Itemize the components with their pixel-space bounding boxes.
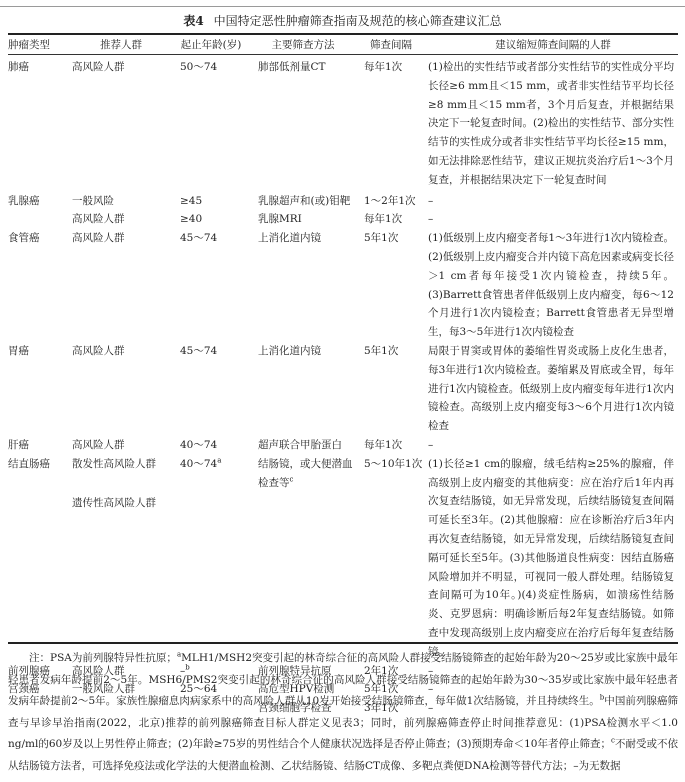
cell-population: 高风险人群 (72, 54, 170, 190)
cell-shorten: (1)低级别上皮内瘤变者每1～3年进行1次内镜检查。(2)低级别上皮内瘤变合并内… (428, 229, 678, 342)
table-row: 肝癌 高风险人群 40～74 超声联合甲胎蛋白 每年1次 – (8, 436, 678, 455)
cell-method: 上消化道内镜 (252, 342, 354, 436)
notes-paragraph: 注：PSA为前列腺特异性抗原；aMLH1/MSH2突变引起的林奇综合征的高风险人… (8, 648, 678, 777)
cell-cancer: 肝癌 (8, 436, 72, 455)
header-population: 推荐人群 (72, 36, 170, 54)
table-notes: 注：PSA为前列腺特异性抗原；aMLH1/MSH2突变引起的林奇综合征的高风险人… (8, 648, 678, 777)
cell-interval: 每年1次 (354, 436, 428, 455)
cell-age: 45～74 (170, 229, 252, 342)
cell-cancer: 结直肠癌 (8, 455, 72, 662)
footnote-marker-c: c (290, 475, 294, 483)
cell-age: 50～74 (170, 54, 252, 190)
method-value: 结肠镜，或大便潜血检查等 (258, 458, 353, 489)
cell-cancer: 胃癌 (8, 342, 72, 436)
cell-method: 肺部低剂量CT (252, 54, 354, 190)
header-method: 主要筛查方法 (252, 36, 354, 54)
cell-method: 结肠镜，或大便潜血检查等c (252, 455, 354, 662)
cell-population: 高风险人群 (72, 436, 170, 455)
header-cancer-type: 肿瘤类型 (8, 36, 72, 54)
header-interval: 筛查间隔 (354, 36, 428, 54)
age-value: 40～74 (180, 458, 217, 470)
cell-cancer: 乳腺癌 (8, 190, 72, 211)
cell-population: 高风险人群 (72, 342, 170, 436)
table-row: 高风险人群 ≥40 乳腺MRI 每年1次 – (8, 210, 678, 229)
cell-shorten: 局限于胃窦或胃体的萎缩性胃炎或肠上皮化生患者，每3年进行1次内镜检查。萎缩累及胃… (428, 342, 678, 436)
cell-method: 乳腺超声和(或)钼靶 (252, 190, 354, 211)
cell-interval: 5～10年1次 (354, 455, 428, 662)
screening-table: 肿瘤类型 推荐人群 起止年龄(岁) 主要筛查方法 筛查间隔 建议缩短筛查间隔的人… (8, 36, 678, 718)
cell-interval: 每年1次 (354, 54, 428, 190)
cell-interval: 每年1次 (354, 210, 428, 229)
cell-age: 40～74a (170, 455, 252, 662)
header-age: 起止年龄(岁) (170, 36, 252, 54)
cell-method: 乳腺MRI (252, 210, 354, 229)
cell-age: ≥45 (170, 190, 252, 211)
population-sporadic: 散发性高风险人群 (72, 455, 170, 474)
cell-shorten: (1)检出的实性结节或者部分实性结节的实性成分平均长径≥6 mm且＜15 mm，… (428, 54, 678, 190)
cell-shorten: – (428, 190, 678, 211)
cell-shorten: – (428, 436, 678, 455)
cell-shorten: (1)长径≥1 cm的腺瘤，绒毛结构≥25%的腺瘤，伴高级别上皮内瘤变的其他病变… (428, 455, 678, 662)
cell-method: 上消化道内镜 (252, 229, 354, 342)
cell-interval: 1～2年1次 (354, 190, 428, 211)
page-top-line (0, 6, 685, 7)
table-row: 胃癌 高风险人群 45～74 上消化道内镜 5年1次 局限于胃窦或胃体的萎缩性胃… (8, 342, 678, 436)
cell-cancer (8, 210, 72, 229)
cell-cancer: 肺癌 (8, 54, 72, 190)
cell-method: 超声联合甲胎蛋白 (252, 436, 354, 455)
table-caption: 表4中国特定恶性肿瘤筛查指南及规范的核心筛查建议汇总 (0, 13, 685, 29)
population-hereditary: 遗传性高风险人群 (72, 494, 170, 513)
table-row: 结直肠癌 散发性高风险人群 遗传性高风险人群 40～74a 结肠镜，或大便潜血检… (8, 455, 678, 662)
table-row: 乳腺癌 一般风险 ≥45 乳腺超声和(或)钼靶 1～2年1次 – (8, 190, 678, 211)
cell-population: 散发性高风险人群 遗传性高风险人群 (72, 455, 170, 662)
cell-population: 高风险人群 (72, 210, 170, 229)
table-row: 食管癌 高风险人群 45～74 上消化道内镜 5年1次 (1)低级别上皮内瘤变者… (8, 229, 678, 342)
cell-shorten: – (428, 210, 678, 229)
cell-interval: 5年1次 (354, 342, 428, 436)
table-number: 表4 (183, 14, 203, 28)
cell-age: 40～74 (170, 436, 252, 455)
table-top-rule (8, 33, 678, 35)
cell-age: 45～74 (170, 342, 252, 436)
note-prefix: 注：PSA为前列腺特异性抗原； (29, 652, 177, 664)
table-title: 中国特定恶性肿瘤筛查指南及规范的核心筛查建议汇总 (214, 14, 502, 28)
table-row: 肺癌 高风险人群 50～74 肺部低剂量CT 每年1次 (1)检出的实性结节或者… (8, 54, 678, 190)
cell-population: 一般风险 (72, 190, 170, 211)
cell-interval: 5年1次 (354, 229, 428, 342)
table-header-row: 肿瘤类型 推荐人群 起止年龄(岁) 主要筛查方法 筛查间隔 建议缩短筛查间隔的人… (8, 36, 678, 54)
footnote-marker-a: a (217, 456, 221, 464)
header-shorten: 建议缩短筛查间隔的人群 (428, 36, 678, 54)
cell-age: ≥40 (170, 210, 252, 229)
cell-population: 高风险人群 (72, 229, 170, 342)
cell-cancer: 食管癌 (8, 229, 72, 342)
